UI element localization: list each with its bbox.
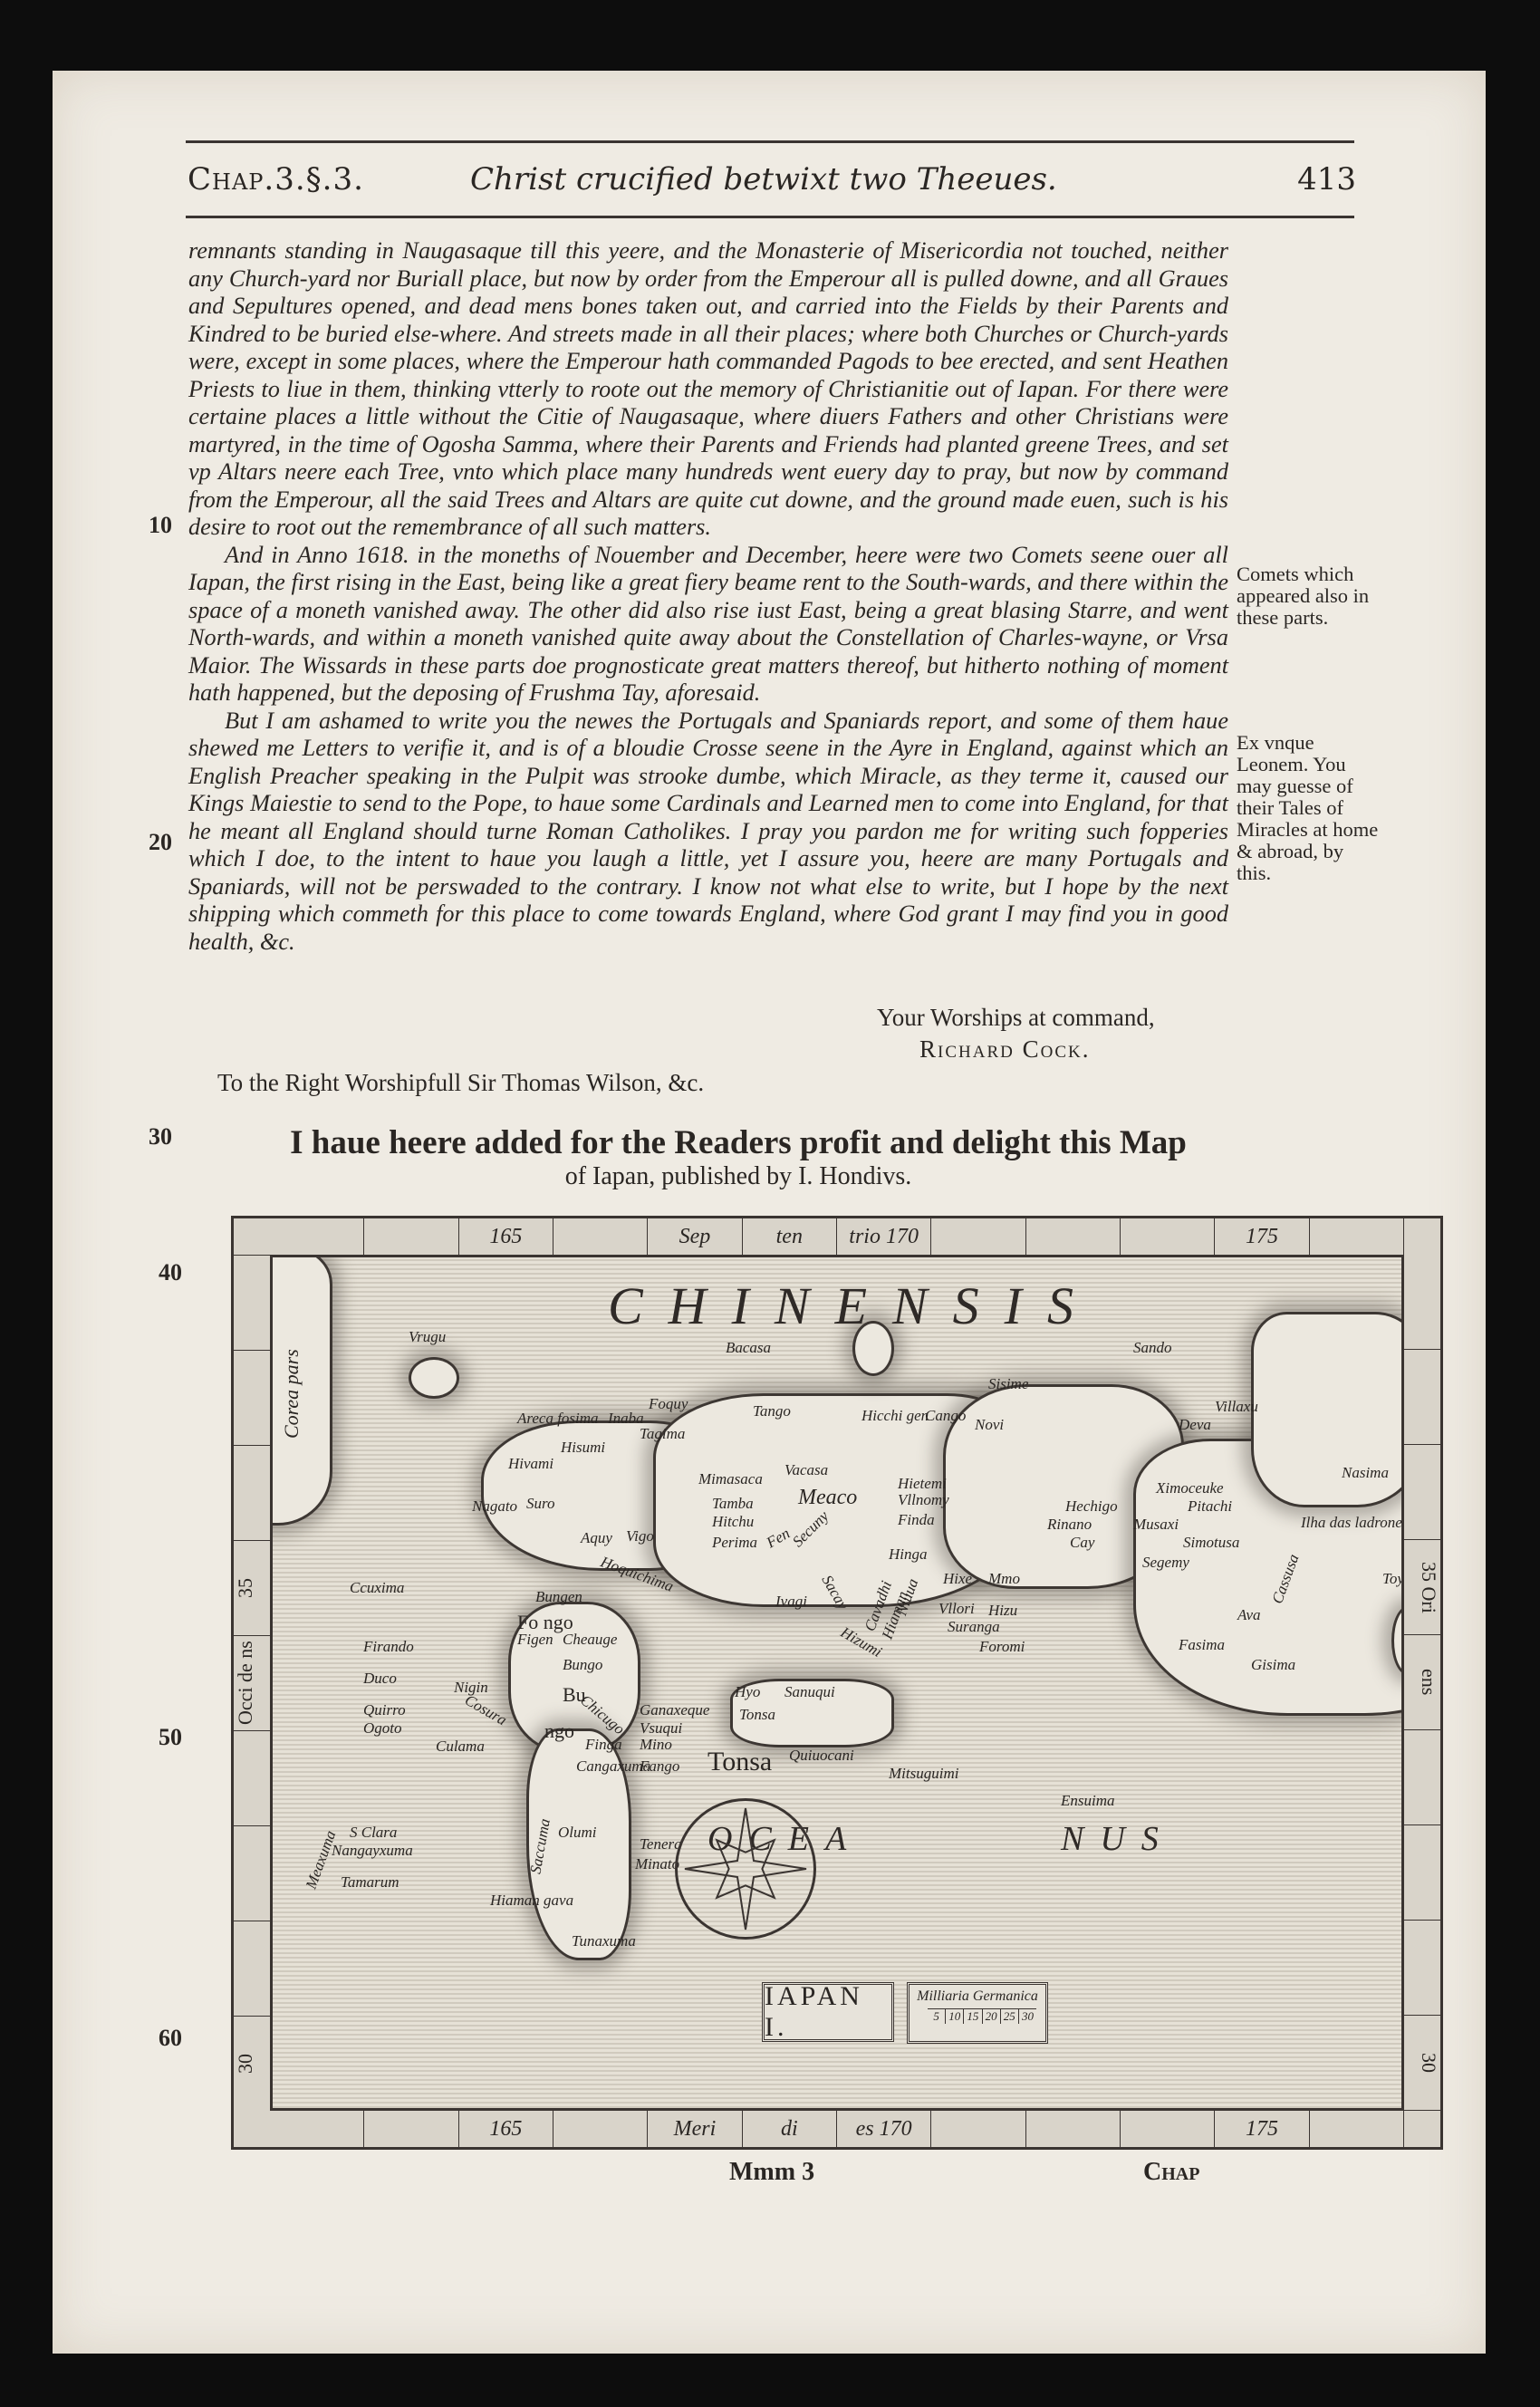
province-ngo: ngo xyxy=(544,1719,574,1743)
place-hisumi: Hisumi xyxy=(561,1439,605,1457)
place-quirro: Quirro xyxy=(363,1701,406,1719)
place-s-clara: S Clara xyxy=(350,1824,397,1842)
place-hivami: Hivami xyxy=(508,1455,553,1473)
place-sisime: Sisime xyxy=(988,1375,1028,1393)
bottom-longitude-scale: 165 Meri di es 170 175 xyxy=(270,2111,1404,2147)
scale-cell xyxy=(234,1255,270,1350)
side-note-comets: Comets which appeared also in these part… xyxy=(1237,563,1381,629)
paragraph: But I am ashamed to write you the newes … xyxy=(188,708,1228,957)
sea-label-chinensis: CHINENSIS xyxy=(608,1276,1099,1336)
place-ganaxeque: Ganaxeque xyxy=(640,1701,709,1719)
place-meaxuma: Meaxuma xyxy=(303,1828,341,1892)
scale-cell xyxy=(1026,2111,1121,2147)
place-quiuocani: Quiuocani xyxy=(789,1747,854,1765)
margin-number: 60 xyxy=(159,2025,182,2052)
place-aquy: Aquy xyxy=(581,1529,612,1547)
running-title: Christ crucified betwixt two Theeues. xyxy=(470,161,1057,197)
scale-tick: 15 xyxy=(964,2009,982,2024)
scale-cell: 35 Ori xyxy=(1404,1540,1440,1635)
scale-cell xyxy=(1310,2111,1404,2147)
place-pitachi: Pitachi xyxy=(1188,1497,1232,1516)
scale-cell: ten xyxy=(743,1218,837,1255)
scale-cell xyxy=(1026,1218,1121,1255)
header-bottom-rule xyxy=(186,216,1354,218)
place-fango: Fango xyxy=(640,1757,679,1776)
place-bacasa: Bacasa xyxy=(726,1339,771,1357)
place-cay: Cay xyxy=(1070,1534,1094,1552)
scale-cell: es 170 xyxy=(837,2111,931,2147)
place-olumi: Olumi xyxy=(558,1824,597,1842)
place-ccuxima: Ccuxima xyxy=(350,1579,404,1597)
place-culama: Culama xyxy=(436,1738,485,1756)
scale-cell: trio 170 xyxy=(837,1218,931,1255)
place-suro: Suro xyxy=(526,1495,555,1513)
place-duco: Duco xyxy=(363,1670,397,1688)
scale-cell: 30 xyxy=(234,2016,270,2111)
place-minato: Minato xyxy=(635,1855,679,1873)
title-cartouche: IAPAN I. xyxy=(762,1982,894,2042)
place-ximoceuke: Ximoceuke xyxy=(1156,1479,1224,1497)
place-suranga: Suranga xyxy=(948,1618,1000,1636)
scale-cell xyxy=(1404,1255,1440,1350)
line-number: 20 xyxy=(149,829,172,856)
place-deva: Deva xyxy=(1179,1416,1211,1434)
map-caption-line1: I haue heere added for the Readers profi… xyxy=(263,1123,1214,1162)
scale-cell: 175 xyxy=(1215,1218,1309,1255)
header-top-rule xyxy=(186,140,1354,143)
scale-cartouche: Milliaria Germanica 5 10 15 20 25 30 xyxy=(907,1982,1048,2044)
place-meaco: Meaco xyxy=(798,1486,857,1510)
place-vacasa: Vacasa xyxy=(784,1461,828,1479)
scale-cell: 35 xyxy=(234,1540,270,1635)
scale-cell: 165 xyxy=(459,1218,553,1255)
scale-cell xyxy=(270,2111,364,2147)
place-toy: Toy xyxy=(1382,1570,1404,1588)
margin-number: 50 xyxy=(159,1724,182,1751)
province-tonsa: Tonsa xyxy=(707,1747,772,1777)
scale-cell xyxy=(1121,1218,1215,1255)
scale-tick: 20 xyxy=(983,2009,1001,2024)
place-sando: Sando xyxy=(1133,1339,1172,1357)
scale-cell xyxy=(1404,1350,1440,1445)
place-foquy: Foquy xyxy=(649,1395,688,1413)
compass-star-icon xyxy=(678,1801,813,1937)
place-tunaxuma: Tunaxuma xyxy=(572,1932,636,1950)
place-segemy: Segemy xyxy=(1142,1554,1189,1572)
place-musaxi: Musaxi xyxy=(1133,1516,1179,1534)
place-fasima: Fasima xyxy=(1179,1636,1225,1654)
scale-cell xyxy=(364,1218,458,1255)
place-sanuqui: Sanuqui xyxy=(784,1683,835,1701)
scale-cell xyxy=(234,1730,270,1825)
closing-line: Your Worships at command, xyxy=(877,1004,1155,1032)
page-number: 413 xyxy=(1297,161,1356,197)
place-tonsa-small: Tonsa xyxy=(739,1706,775,1724)
compass-rose-icon xyxy=(675,1798,816,1940)
side-note-miracles: Ex vnque Leonem. You may guesse of their… xyxy=(1237,732,1381,884)
scale-cell xyxy=(1404,1730,1440,1825)
top-longitude-scale: 165 Sep ten trio 170 175 xyxy=(270,1218,1404,1255)
scale-title: Milliaria Germanica xyxy=(910,1988,1045,2005)
addressee: To the Right Worshipfull Sir Thomas Wils… xyxy=(217,1069,704,1097)
scale-cell: Occi de ns xyxy=(234,1635,270,1730)
scale-cell xyxy=(1404,1825,1440,1921)
place-areca-fosima: Areca fosima xyxy=(517,1410,599,1428)
place-bungo: Bungo xyxy=(563,1656,602,1674)
place-bungen: Bungen xyxy=(535,1588,582,1606)
place-hietemi: Hietemi xyxy=(898,1475,947,1493)
signature: Richard Cock. xyxy=(919,1035,1090,1064)
scale-cell: 175 xyxy=(1215,2111,1309,2147)
place-hicchigen: Hicchi gen xyxy=(861,1407,929,1425)
scale-cell xyxy=(553,1218,648,1255)
scale-cell xyxy=(1404,1921,1440,2016)
left-latitude-scale: 35 Occi de ns 30 xyxy=(234,1255,270,2111)
scale-cell: 30 xyxy=(1404,2016,1440,2111)
place-nasima: Nasima xyxy=(1342,1464,1389,1482)
scale-cell: Sep xyxy=(648,1218,742,1255)
scale-cell: Meri xyxy=(648,2111,742,2147)
catchword: Chap xyxy=(1143,2158,1199,2187)
place-ensuima: Ensuima xyxy=(1061,1792,1115,1810)
scale-cell: 165 xyxy=(459,2111,553,2147)
scale-tick: 5 xyxy=(928,2009,946,2024)
place-cosura: Cosura xyxy=(461,1691,509,1729)
scale-cell xyxy=(553,2111,648,2147)
place-hinga: Hinga xyxy=(889,1545,928,1564)
scale-cell: ens xyxy=(1404,1635,1440,1730)
place-gisima: Gisima xyxy=(1251,1656,1295,1674)
letter-body: remnants standing in Naugasaque till thi… xyxy=(188,237,1228,956)
place-ava: Ava xyxy=(1237,1606,1261,1624)
place-vrugu: Vrugu xyxy=(409,1328,446,1346)
place-mitsuguimi: Mitsuguimi xyxy=(889,1765,958,1783)
scale-cell xyxy=(1404,1445,1440,1540)
place-cango: Cango xyxy=(925,1407,966,1425)
scale-tick: 30 xyxy=(1019,2009,1036,2024)
map-caption-line2: of Iapan, published by I. Hondivs. xyxy=(263,1162,1214,1191)
scale-cell xyxy=(1310,1218,1404,1255)
place-ivagi: Ivagi xyxy=(775,1593,807,1611)
map-caption: I haue heere added for the Readers profi… xyxy=(263,1123,1214,1191)
sea-label-nus: NUS xyxy=(1061,1819,1175,1859)
island xyxy=(409,1357,459,1399)
place-mimasaca: Mimasaca xyxy=(698,1470,763,1488)
place-vllnomy: Vllnomy xyxy=(898,1491,949,1509)
chapter-label: Chap.3.§.3. xyxy=(188,161,364,197)
scale-tick: 10 xyxy=(946,2009,964,2024)
scale-cell xyxy=(234,1825,270,1921)
place-mino: Mino xyxy=(640,1736,672,1754)
scale-cell xyxy=(931,1218,1025,1255)
paragraph: And in Anno 1618. in the moneths of Noue… xyxy=(188,542,1228,708)
scale-cell xyxy=(234,1921,270,2016)
paragraph: remnants standing in Naugasaque till thi… xyxy=(188,237,1228,542)
scale-tick: 25 xyxy=(1001,2009,1019,2024)
place-perima: Perima xyxy=(712,1534,757,1552)
place-hyo: Hyo xyxy=(735,1683,760,1701)
place-tamba: Tamba xyxy=(712,1495,754,1513)
place-simotusa: Simotusa xyxy=(1183,1534,1239,1552)
place-vsuqui: Vsuqui xyxy=(640,1719,682,1738)
place-figen: Figen xyxy=(517,1631,553,1649)
place-novi: Novi xyxy=(975,1416,1004,1434)
place-mmo: Mmo xyxy=(988,1570,1020,1588)
place-foromi: Foromi xyxy=(979,1638,1025,1656)
place-ogoto: Ogoto xyxy=(363,1719,402,1738)
place-hechigo: Hechigo xyxy=(1065,1497,1118,1516)
scale-cell: di xyxy=(743,2111,837,2147)
signature-mark: Mmm 3 xyxy=(729,2158,814,2187)
margin-number: 40 xyxy=(159,1259,182,1286)
place-nagato: Nagato xyxy=(472,1497,517,1516)
place-finda: Finda xyxy=(898,1511,935,1529)
place-villaxu: Villaxu xyxy=(1215,1398,1258,1416)
map-of-japan: 165 Sep ten trio 170 175 165 Meri di es … xyxy=(231,1216,1443,2150)
scale-cell xyxy=(1121,2111,1215,2147)
place-hizu: Hizu xyxy=(988,1602,1017,1620)
place-vllori: Vllori xyxy=(938,1600,975,1618)
scale-bar: 5 10 15 20 25 30 xyxy=(928,2008,1036,2024)
place-inaba: Inaba xyxy=(608,1410,644,1428)
line-number: 10 xyxy=(149,512,172,539)
scale-cell xyxy=(234,1445,270,1540)
place-tango: Tango xyxy=(753,1402,791,1420)
place-tenera: Tenera xyxy=(640,1835,682,1853)
label-corea: Corea pars xyxy=(280,1349,303,1439)
map-title: IAPAN I. xyxy=(765,1981,891,2043)
place-nangayxuma: Nangayxuma xyxy=(332,1842,413,1860)
place-ladrones: Ilha das ladrones xyxy=(1301,1514,1404,1532)
scale-cell xyxy=(364,2111,458,2147)
place-finga: Finga xyxy=(585,1736,622,1754)
scale-cell xyxy=(931,2111,1025,2147)
place-hiaman-gava: Hiaman gava xyxy=(490,1892,573,1910)
scale-cell xyxy=(270,1218,364,1255)
running-header: Chap.3.§.3. Christ crucified betwixt two… xyxy=(188,161,1356,205)
map-field: Corea pars CHINENSIS OCEA NUS Vrugu Baca… xyxy=(270,1255,1404,2111)
place-rinano: Rinano xyxy=(1047,1516,1092,1534)
line-number: 30 xyxy=(149,1123,172,1151)
place-tagima: Tagima xyxy=(640,1425,685,1443)
scale-cell xyxy=(234,1350,270,1445)
place-hitchu: Hitchu xyxy=(712,1513,754,1531)
right-latitude-scale: 35 Ori ens 30 xyxy=(1404,1255,1440,2111)
place-tamarum: Tamarum xyxy=(341,1873,399,1892)
place-firando: Firando xyxy=(363,1638,414,1656)
place-hixe: Hixe xyxy=(943,1570,972,1588)
place-cheauge: Cheauge xyxy=(563,1631,617,1649)
place-vigo: Vigo xyxy=(626,1527,654,1545)
